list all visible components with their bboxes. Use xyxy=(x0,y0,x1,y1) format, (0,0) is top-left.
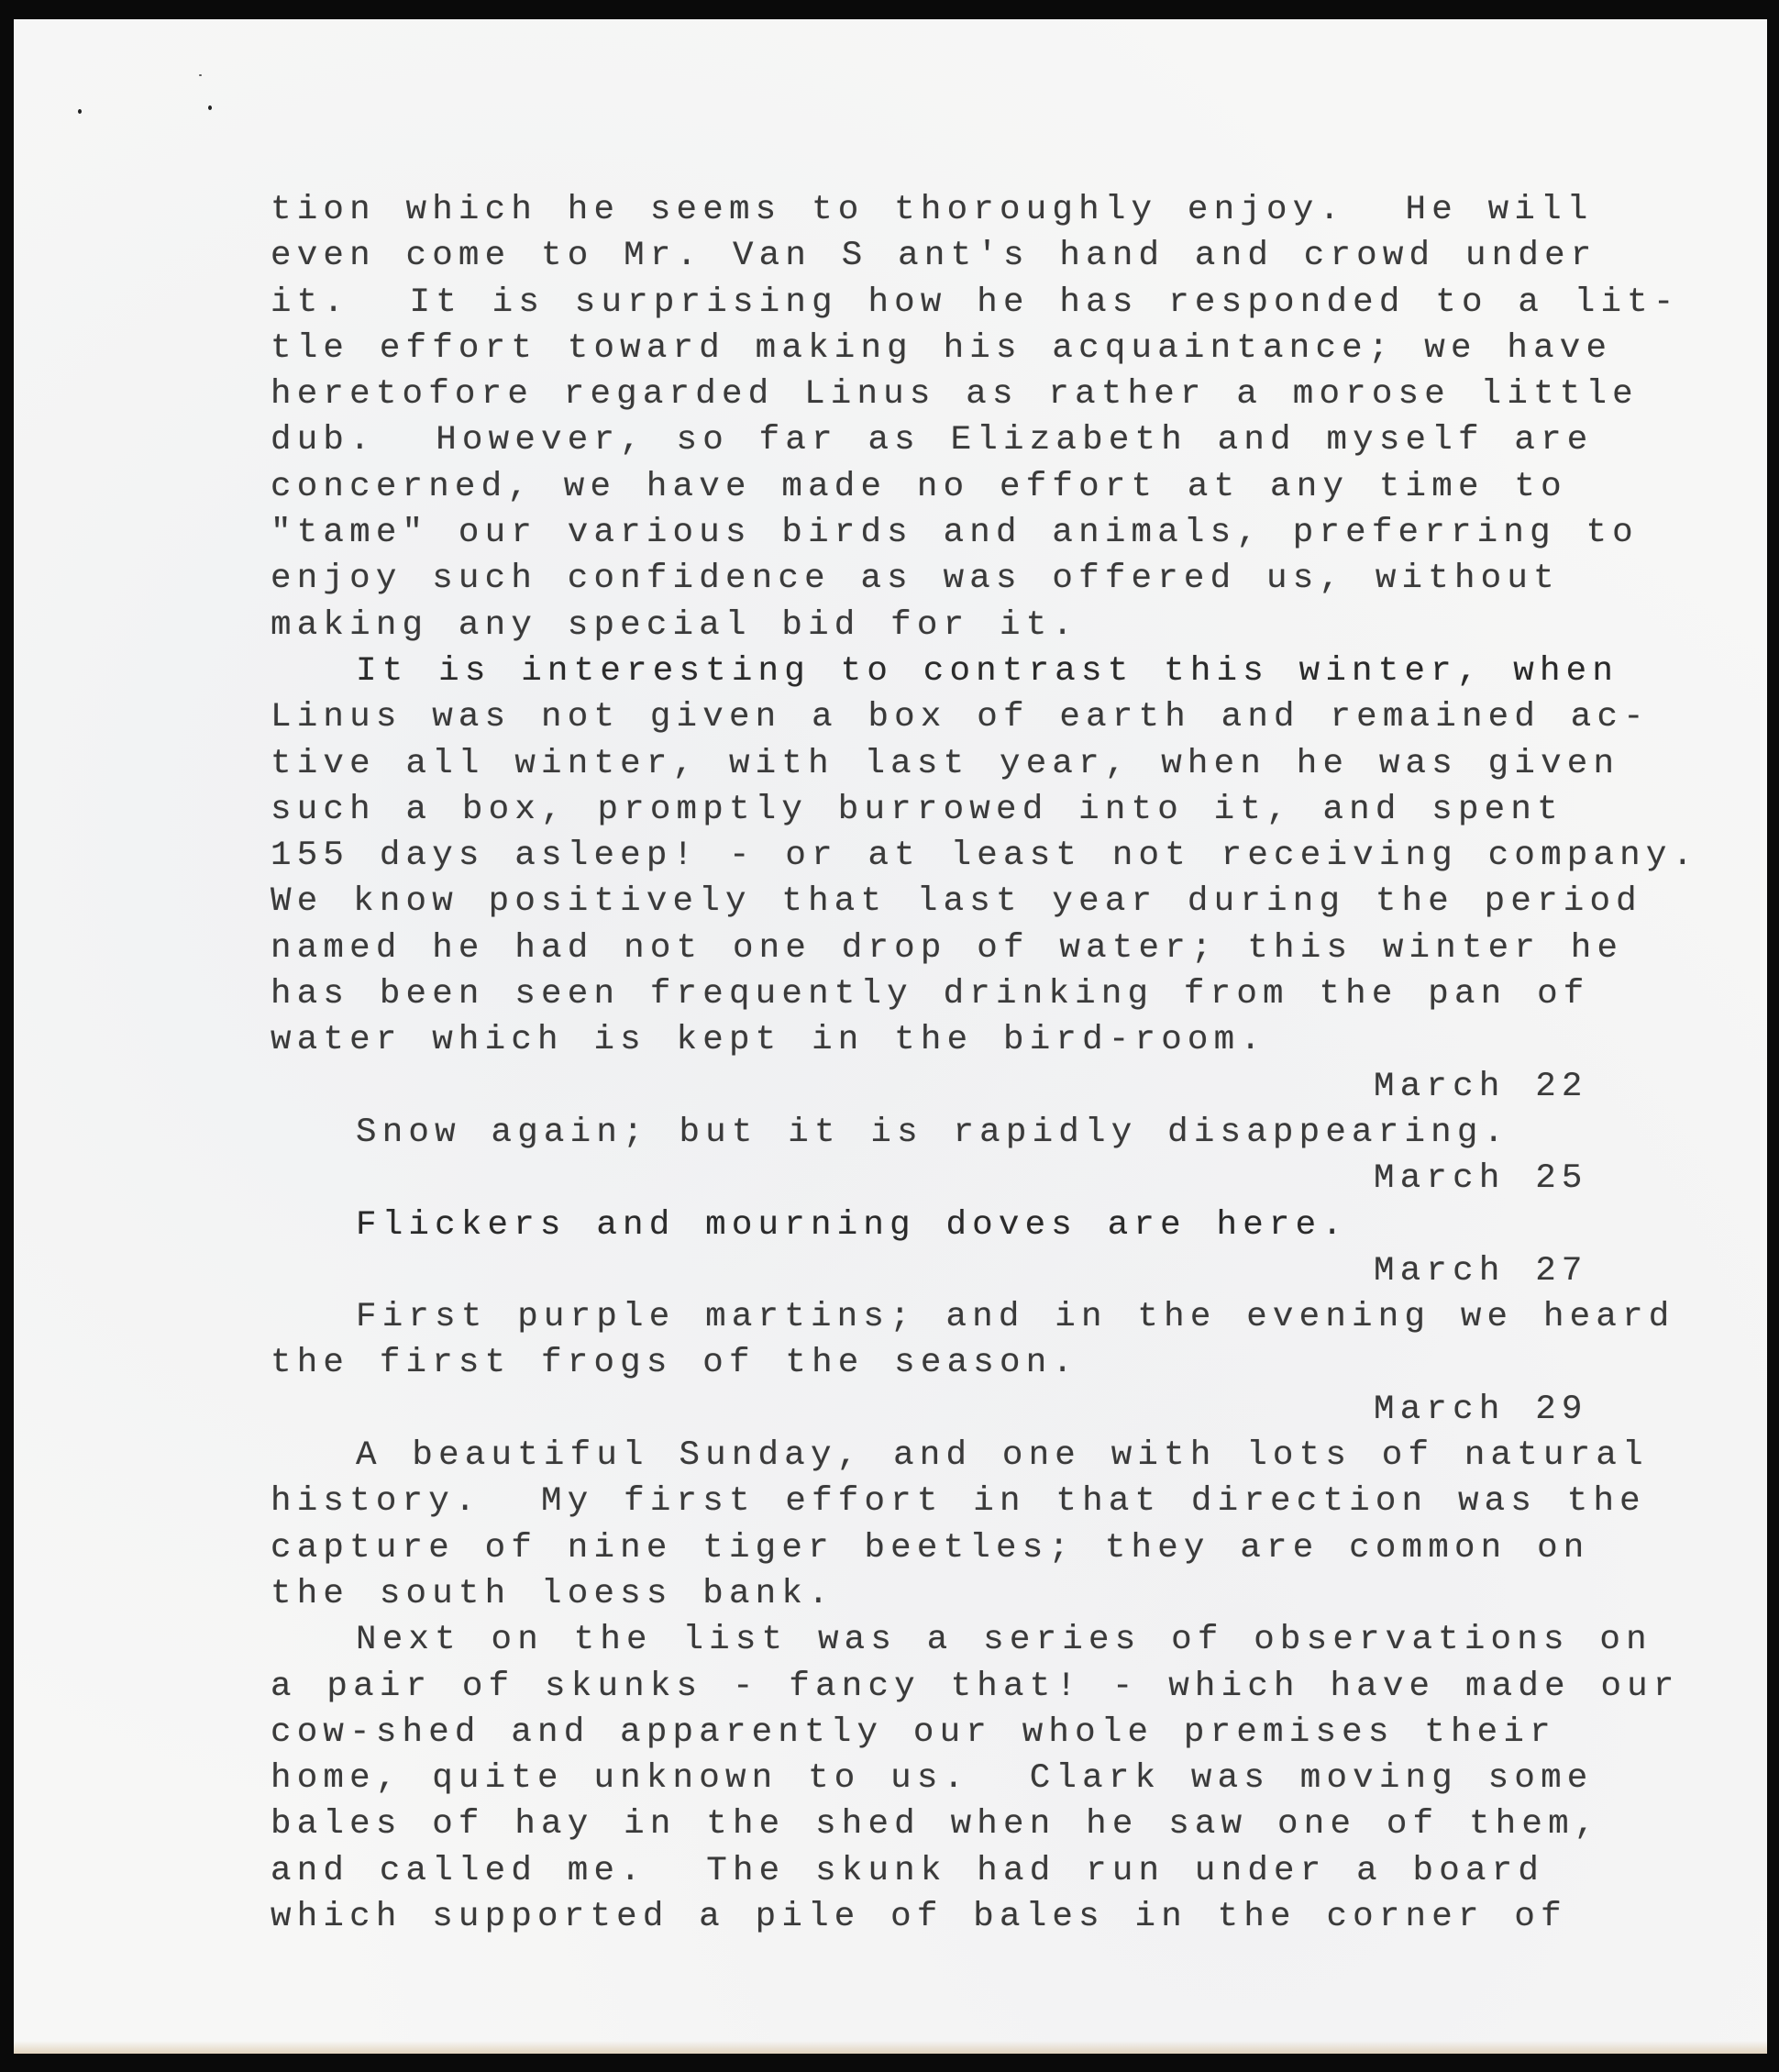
text-line: 155 days asleep! - or at least not recei… xyxy=(271,833,1756,879)
text-line: We know positively that last year during… xyxy=(271,879,1756,925)
paper-page: tion which he seems to thoroughly enjoy.… xyxy=(14,19,1767,2054)
date-heading-march-22: March 22 xyxy=(271,1064,1756,1110)
text-line: the first frogs of the season. xyxy=(271,1340,1756,1386)
paragraph-start-line: It is interesting to contrast this winte… xyxy=(271,648,1756,694)
date-heading-march-25: March 25 xyxy=(271,1156,1756,1202)
text-line: even come to Mr. Van S ant's hand and cr… xyxy=(271,233,1756,279)
text-line: a pair of skunks - fancy that! - which h… xyxy=(271,1664,1756,1710)
date-heading-march-27: March 27 xyxy=(271,1248,1756,1294)
paragraph-start-line: Next on the list was a series of observa… xyxy=(271,1617,1756,1663)
ink-speck xyxy=(208,105,212,110)
text-line: which supported a pile of bales in the c… xyxy=(271,1894,1756,1940)
text-line: home, quite unknown to us. Clark was mov… xyxy=(271,1756,1756,1801)
text-line: heretofore regarded Linus as rather a mo… xyxy=(271,371,1756,417)
text-line: cow-shed and apparently our whole premis… xyxy=(271,1710,1756,1756)
paragraph-start-line: A beautiful Sunday, and one with lots of… xyxy=(271,1433,1756,1479)
paper-edge-stain xyxy=(14,2041,1767,2054)
text-line: history. My first effort in that directi… xyxy=(271,1479,1756,1524)
text-line: has been seen frequently drinking from t… xyxy=(271,971,1756,1017)
text-line: tion which he seems to thoroughly enjoy.… xyxy=(271,187,1756,233)
date-heading-march-29: March 29 xyxy=(271,1387,1756,1433)
text-line: making any special bid for it. xyxy=(271,603,1756,648)
typewritten-text: tion which he seems to thoroughly enjoy.… xyxy=(271,187,1756,1940)
text-line: such a box, promptly burrowed into it, a… xyxy=(271,787,1756,833)
text-line: tle effort toward making his acquaintanc… xyxy=(271,326,1756,371)
paragraph-start-line: Snow again; but it is rapidly disappeari… xyxy=(271,1110,1756,1156)
text-line: dub. However, so far as Elizabeth and my… xyxy=(271,417,1756,463)
paragraph-start-line: Flickers and mourning doves are here. xyxy=(271,1202,1756,1248)
text-line: enjoy such confidence as was offered us,… xyxy=(271,556,1756,602)
text-line: "tame" our various birds and animals, pr… xyxy=(271,510,1756,556)
text-line: tive all winter, with last year, when he… xyxy=(271,741,1756,787)
text-line: concerned, we have made no effort at any… xyxy=(271,464,1756,510)
text-line: named he had not one drop of water; this… xyxy=(271,925,1756,971)
text-line: capture of nine tiger beetles; they are … xyxy=(271,1525,1756,1571)
text-line: it. It is surprising how he has responde… xyxy=(271,280,1756,326)
text-line: Linus was not given a box of earth and r… xyxy=(271,694,1756,740)
text-line: and called me. The skunk had run under a… xyxy=(271,1848,1756,1894)
text-line: water which is kept in the bird-room. xyxy=(271,1017,1756,1063)
ink-speck xyxy=(199,74,202,76)
text-line: bales of hay in the shed when he saw one… xyxy=(271,1801,1756,1847)
paragraph-start-line: First purple martins; and in the evening… xyxy=(271,1294,1756,1340)
text-line: the south loess bank. xyxy=(271,1571,1756,1617)
ink-speck xyxy=(78,109,82,114)
